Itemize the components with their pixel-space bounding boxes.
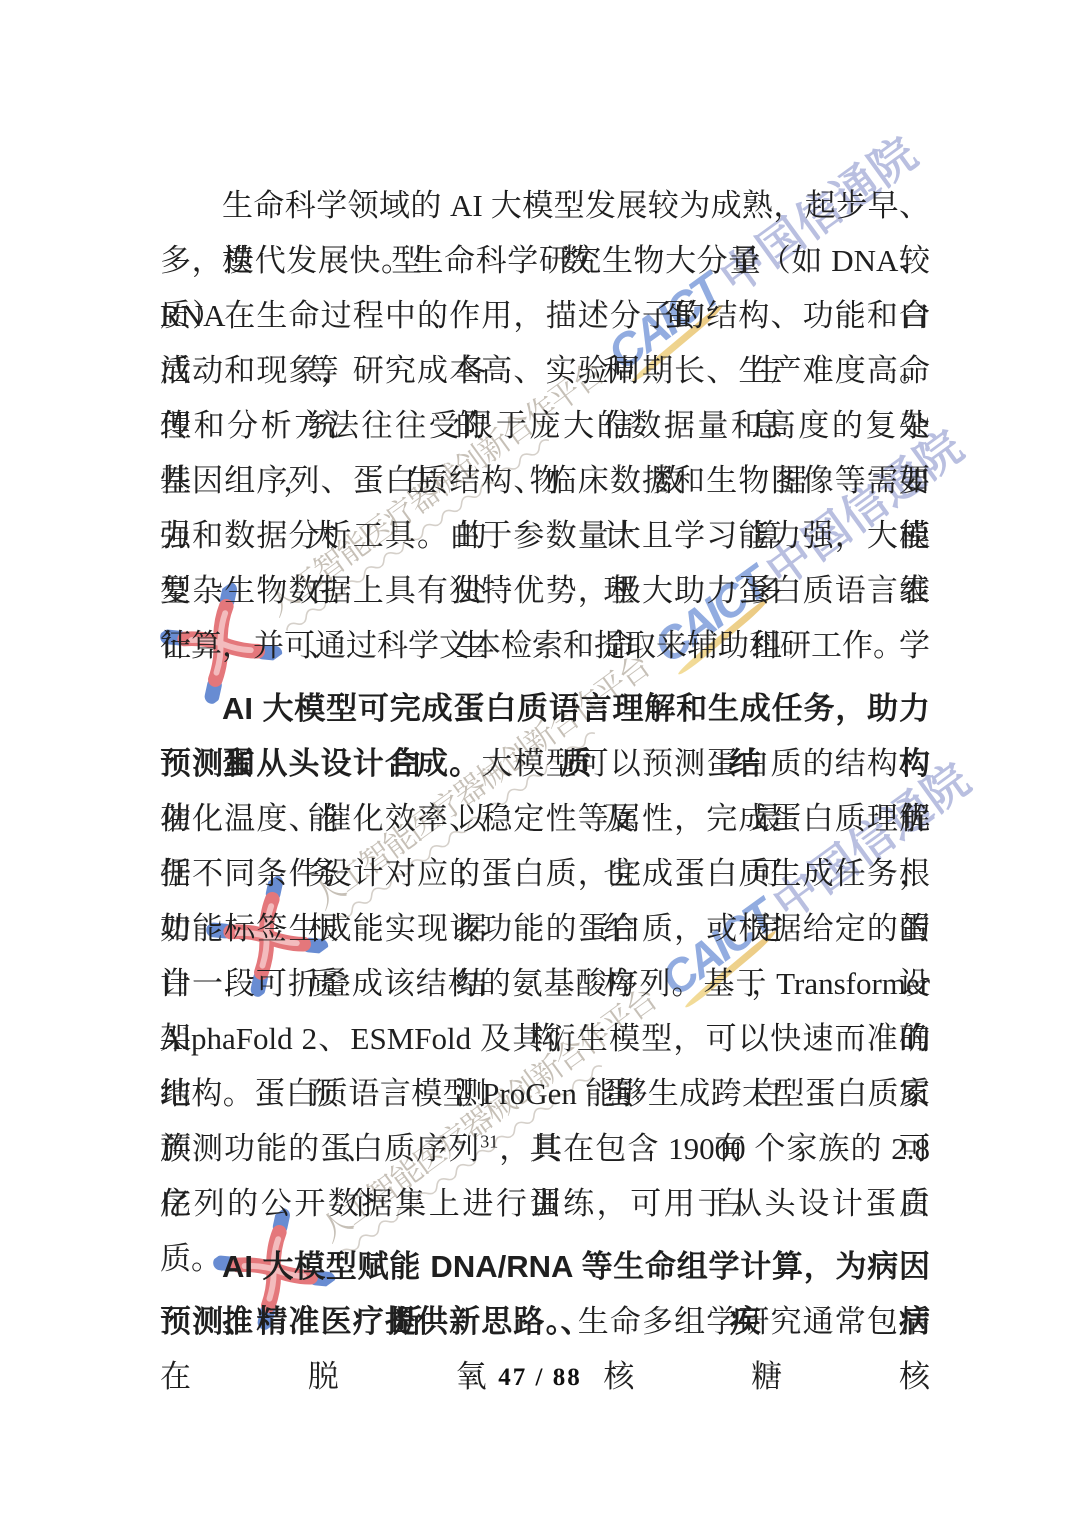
text-line: AlphaFold 2、ESMFold 及其衍生模型，可以快速而准确地预测蛋白质 [160,1011,930,1066]
text-line: 计一段可折叠成该结构的氨基酸序列。基于 Transformer 架构的 [160,956,930,1011]
text-line: 力和数据分析工具。由于参数量大且学习能力强，大模型在处理多维 [160,508,930,563]
text-line: 预测、精准医疗提供新思路。生命多组学研究通常包括在脱氧核糖核 [160,1294,930,1349]
bold-text-segment: 预测、精准医疗提供新思路。 [160,1304,578,1339]
document-page: 人工智能医疗器械创新合作平台 CAICT 中国信通院 [0,0,1080,1528]
text-line: 基因组序列、蛋白质结构、临床数据和生物图像等需要强大的计算能 [160,453,930,508]
text-line: AI 大模型可完成蛋白质语言理解和生成任务，助力蛋白质结构 [160,681,930,736]
text-line: 活动和现象，研究成本高、实验周期长、生产难度高。传统的信息处 [160,343,930,398]
text-line: 多，迭代发展快。生命科学研究生物大分子（如 DNA、RNA、蛋白 [160,233,930,288]
text-line: 序列的公开数据集上进行训练，可用于从头设计蛋白质。 [160,1176,930,1231]
text-line: 计算，并可通过科学文本检索和提取来辅助科研工作。 [160,618,930,673]
text-line: 据不同条件设计对应的蛋白质，完成蛋白质生成任务，如根据给定的 [160,846,930,901]
text-line: 预测功能的蛋白质序列31，其在包含 19000 个家族的 2.8 亿个蛋白质 [160,1121,930,1176]
text-line: 生命科学领域的 AI 大模型发展较为成熟，起步早、模型数量较 [160,178,930,233]
paragraph: AI 大模型可完成蛋白质语言理解和生成任务，助力蛋白质结构预测和从头设计合成。大… [160,681,930,1231]
text-line: 结构。蛋白质语言模型 ProGen 能够生成跨大型蛋白质家族、具有可 [160,1066,930,1121]
text-line: 质）在生命过程中的作用，描述分子的结构、功能和合成等各种生命 [160,288,930,343]
page-footer: 47 / 88 [0,1364,1080,1392]
text-line: 复杂生物数据上具有独特优势，极大助力蛋白质语言表征、生命组学 [160,563,930,618]
paragraph: 生命科学领域的 AI 大模型发展较为成熟，起步早、模型数量较多，迭代发展快。生命… [160,178,930,673]
footnote-reference: 31 [480,1132,498,1152]
text-segment: 计算，并可通过科学文本检索和提取来辅助科研工作。 [160,628,904,663]
text-line: 功能标签生成能实现该功能的蛋白质，或根据给定的蛋白质结构，设 [160,901,930,956]
text-line: 催化温度、催化效率、稳定性等属性，完成蛋白质理解任务；也可根 [160,791,930,846]
document-text: 生命科学领域的 AI 大模型发展较为成熟，起步早、模型数量较多，迭代发展快。生命… [160,178,930,1349]
text-line: AI 大模型赋能 DNA/RNA 等生命组学计算，为病因推断、疾病 [160,1239,930,1294]
text-line: 理和分析方法往往受限于庞大的数据量和高度的复杂性，生物数据如 [160,398,930,453]
paragraph: AI 大模型赋能 DNA/RNA 等生命组学计算，为病因推断、疾病预测、精准医疗… [160,1239,930,1349]
bold-text-segment: 预测和从头设计合成。 [160,746,481,781]
page-number: 47 / 88 [498,1364,581,1391]
text-line: 预测和从头设计合成。大模型可以预测蛋白质的结构、功能以及最优 [160,736,930,791]
text-segment: 预测功能的蛋白质序列 [160,1131,480,1166]
